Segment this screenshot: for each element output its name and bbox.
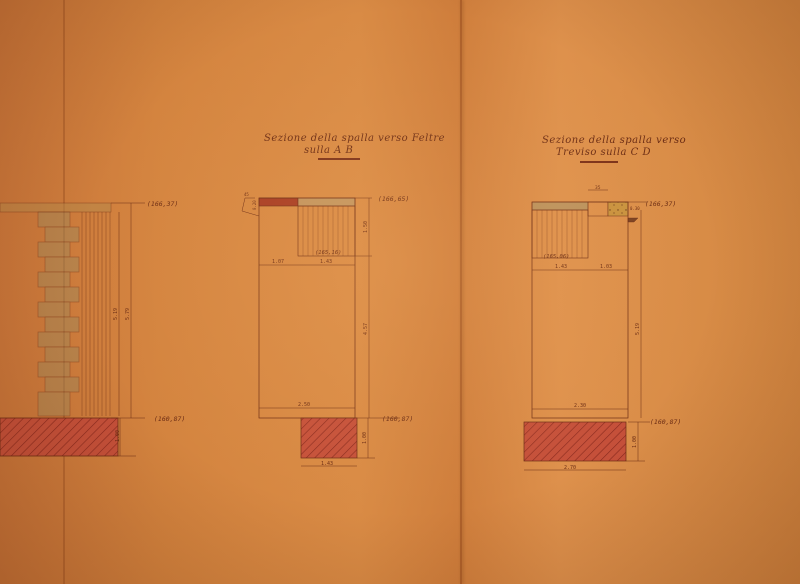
section-left xyxy=(0,203,145,456)
cd-dim-foundation-height: 1.00 xyxy=(632,436,638,448)
ab-elev-top: (166,65) xyxy=(378,195,409,203)
ab-dim-cap-small: 0.20 xyxy=(252,200,257,210)
cd-elev-top: (166,37) xyxy=(645,200,676,208)
cd-elev-base: (160,87) xyxy=(650,418,681,426)
ab-dim-cap-offset: 45 xyxy=(244,192,249,197)
cd-dim-left-top: 1.43 xyxy=(555,264,567,270)
cd-dim-small-top: 35 xyxy=(595,185,601,191)
cd-dim-body-width: 2.30 xyxy=(574,403,586,409)
ab-elev-base: (160,87) xyxy=(382,415,413,423)
section-ab-drawing xyxy=(242,198,400,466)
ab-dim-upper-height: 1.50 xyxy=(363,221,369,233)
ab-dim-foundation-width: 1.43 xyxy=(321,461,333,467)
ab-dim-total-height: 4.57 xyxy=(363,323,369,335)
ab-dim-right-top: 1.43 xyxy=(320,259,332,265)
cd-elev-mid: (165,06) xyxy=(543,254,570,260)
cd-dim-right-top: 1.03 xyxy=(600,264,612,270)
technical-drawing: (166,37) (160,87) 5.19 5.79 1.00 (166,65… xyxy=(0,0,800,584)
left-dim-total: 5.79 xyxy=(125,308,131,320)
cd-dim-cap-small: 0.30 xyxy=(630,206,640,211)
left-elev-base: (160,87) xyxy=(154,415,185,423)
section-cd-drawing xyxy=(524,190,650,470)
cd-dim-total-height: 5.19 xyxy=(635,323,641,335)
ab-dim-left-top: 1.07 xyxy=(272,259,284,265)
ab-dim-foundation-height: 1.00 xyxy=(362,432,368,444)
left-dim-foundation: 1.00 xyxy=(115,430,121,442)
ab-dim-body-width: 2.50 xyxy=(298,402,310,408)
left-dim-inner: 5.19 xyxy=(113,308,119,320)
cd-dim-foundation-width: 2.70 xyxy=(564,465,576,471)
ab-elev-mid: (165,16) xyxy=(315,250,342,256)
left-elev-top: (166,37) xyxy=(147,200,178,208)
